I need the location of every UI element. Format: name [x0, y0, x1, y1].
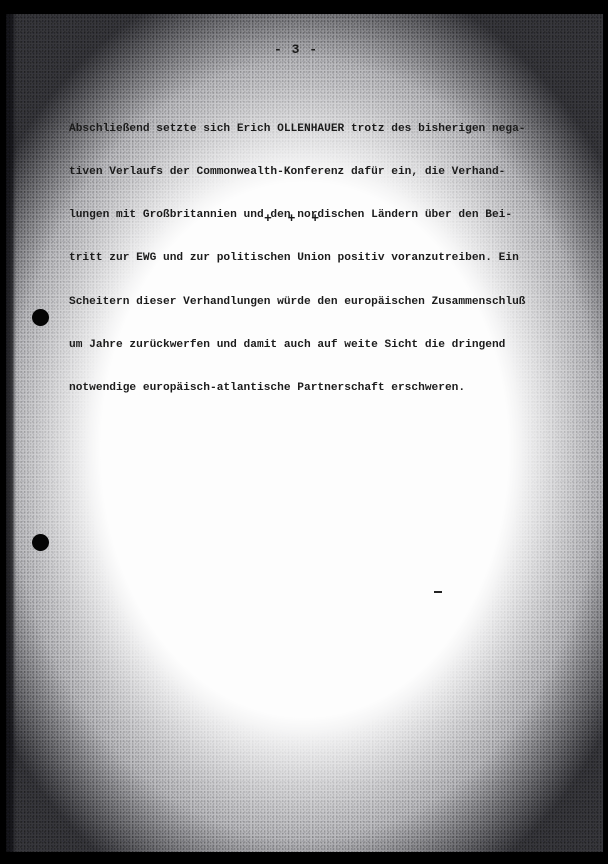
- page-number: - 3 -: [274, 42, 318, 57]
- paragraph-line: um Jahre zurückwerfen und damit auch auf…: [69, 338, 569, 352]
- paragraph-line: tritt zur EWG und zur politischen Union …: [69, 251, 569, 265]
- paragraph-line: Abschließend setzte sich Erich OLLENHAUE…: [69, 122, 569, 136]
- punch-hole-icon: [32, 309, 49, 326]
- punch-hole-icon: [32, 534, 49, 551]
- paragraph-line: tiven Verlaufs der Commonwealth-Konferen…: [69, 165, 569, 179]
- body-paragraph: Abschließend setzte sich Erich OLLENHAUE…: [69, 93, 569, 424]
- document-page: - 3 - Abschließend setzte sich Erich OLL…: [6, 14, 603, 852]
- stray-dash-mark: [434, 591, 442, 593]
- paragraph-line: Scheitern dieser Verhandlungen würde den…: [69, 295, 569, 309]
- paragraph-line: notwendige europäisch-atlantische Partne…: [69, 381, 569, 395]
- scan-edge-shadow: [6, 14, 16, 852]
- closing-marks: + + +: [264, 211, 323, 226]
